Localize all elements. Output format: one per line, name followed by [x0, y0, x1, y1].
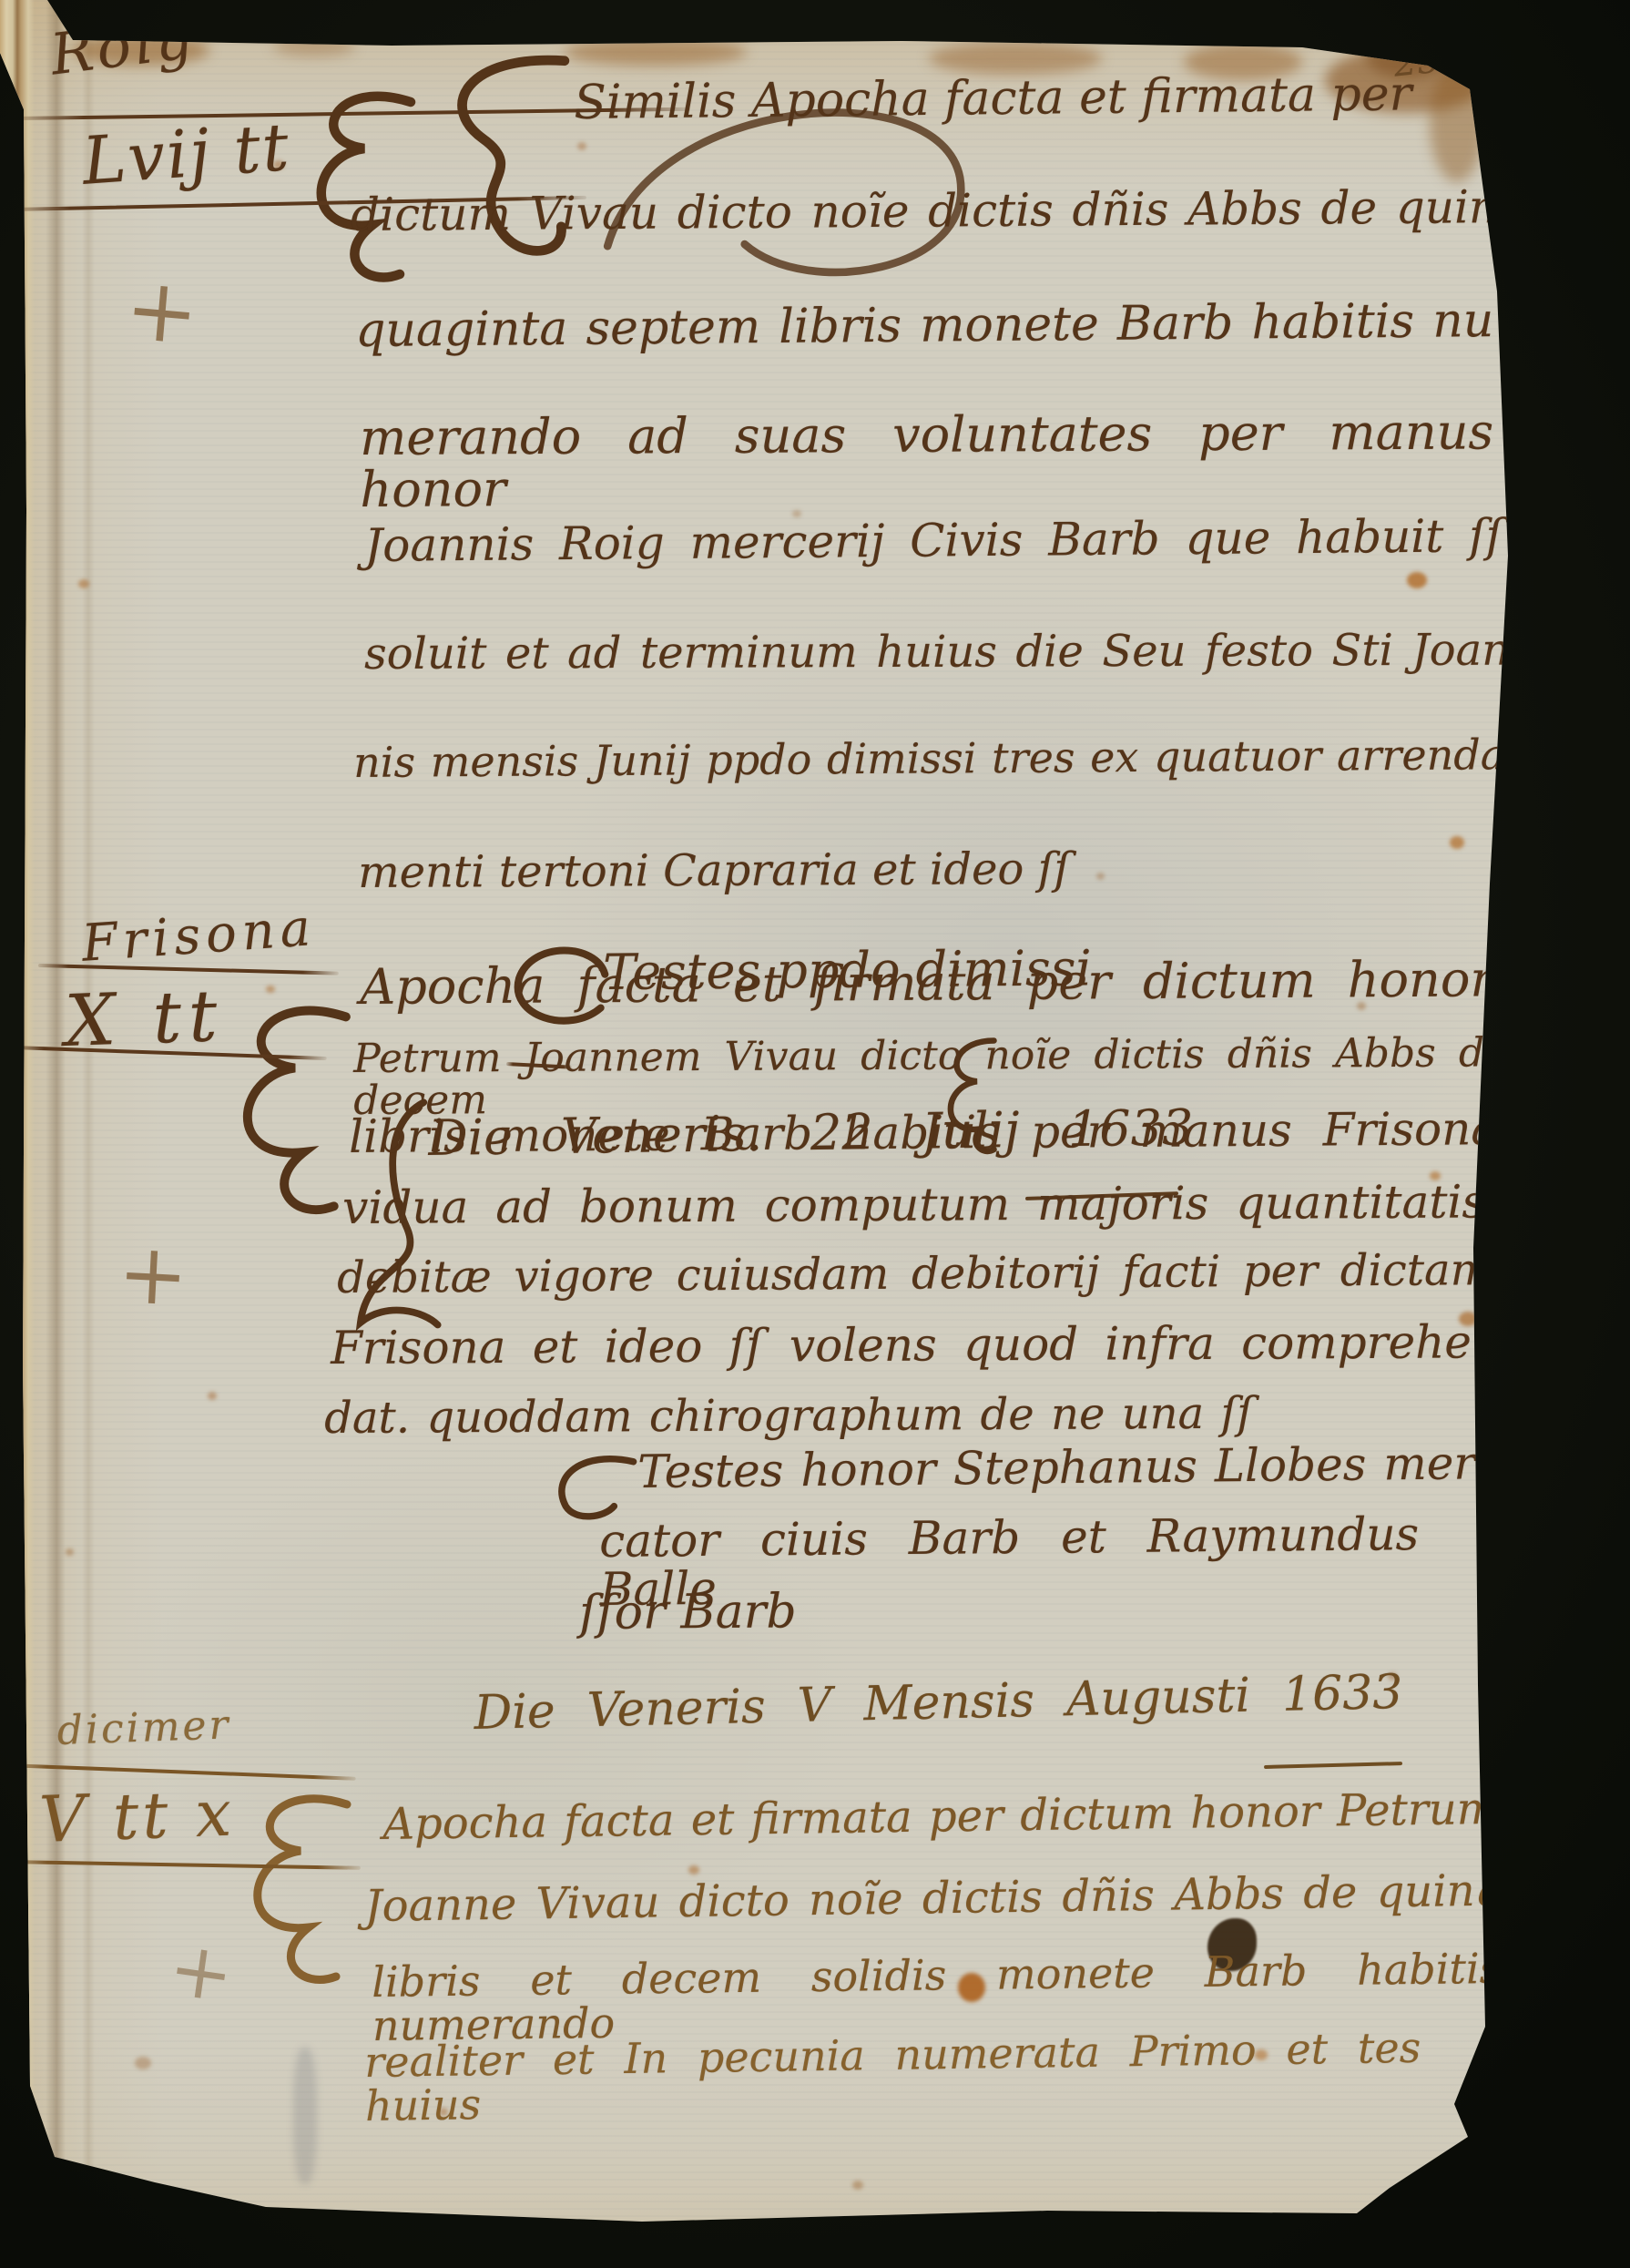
body-line: Frisona et ideo ſſ volens quod infra com…: [331, 1318, 1501, 1372]
gray-smudge: [293, 2048, 317, 2184]
testes-line: ſſor Barb: [579, 1587, 797, 1638]
body-line: merando ad suas voluntates per manus hon…: [360, 406, 1494, 516]
body-line: vidua ad bonum computum majoris quantita…: [342, 1178, 1485, 1231]
margin-cross: +: [164, 1929, 238, 2014]
margin-amount: Lvij tt: [80, 113, 292, 196]
body-line: quaginta septem libris monete Barb habit…: [355, 296, 1493, 355]
body-line: Similis Apocha facta et firmata per: [574, 69, 1485, 128]
foxing-spot: [1096, 873, 1105, 880]
foxing-spot: [135, 2057, 151, 2069]
body-line: nis mensis Junij ppdo dimissi tres ex qu…: [353, 732, 1505, 784]
fold-crease: [46, 0, 66, 2268]
body-line: Joanne Vivau dicto noĩe dictis dñis Abbs…: [364, 1868, 1503, 1930]
foxing-spot: [852, 2181, 863, 2190]
body-line: libris monete Barb habitis per manus Fri…: [349, 1105, 1498, 1160]
body-line: menti tertoni Capraria et ideo ſſ: [358, 846, 1070, 895]
margin-name: Frisona: [80, 902, 318, 972]
rust-stain: [273, 36, 355, 56]
margin-name: dicimer: [56, 1704, 231, 1752]
body-line: dat. quoddam chirographum de ne una ſſ: [324, 1391, 1253, 1442]
foxing-spot: [688, 1865, 699, 1875]
foxing-spot: [208, 1392, 217, 1400]
foxing-spot: [1407, 572, 1427, 588]
date-heading: Die Veneris V Mensis Augusti 1633: [474, 1668, 1403, 1739]
fold-crease: [82, 0, 95, 2268]
testes-line: Testes honor Stephanus Llobes mer: [637, 1439, 1475, 1496]
body-line: Apocha facta et firmata per dictum honor…: [382, 1786, 1499, 1847]
margin-name: Roig: [47, 8, 199, 85]
margin-cross: +: [122, 264, 202, 358]
manuscript-photo: 25 Roig Lvij tt + Similis Apocha facta e…: [0, 0, 1630, 2268]
foxing-spot: [78, 579, 89, 588]
foxing-spot: [66, 1548, 74, 1556]
flourish-mark: [421, 51, 585, 279]
body-line: soluit et ad terminum huius die Seu fest…: [364, 628, 1510, 678]
margin-amount: V tt x: [38, 1781, 236, 1854]
flourish-mark: [229, 1769, 366, 2015]
body-line: Joannis Roig mercerij Civis Barb que hab…: [364, 512, 1503, 569]
foxing-spot: [1450, 836, 1464, 849]
body-line: realiter et In pecunia numerata Primo et…: [364, 2026, 1421, 2129]
body-line: dictum Vivau dicto noĩe dictis dñis Abbs…: [351, 183, 1498, 239]
book-gutter-edge: [0, 0, 35, 2268]
body-line: Apocha facta et firmata per dictum honor: [360, 954, 1493, 1013]
manuscript-page: 25 Roig Lvij tt + Similis Apocha facta e…: [0, 0, 1630, 2268]
date-underline: [1264, 1762, 1402, 1769]
body-line: debitæ vigore cuiusdam debitorij facti p…: [337, 1247, 1492, 1301]
margin-cross: +: [116, 1231, 190, 1319]
